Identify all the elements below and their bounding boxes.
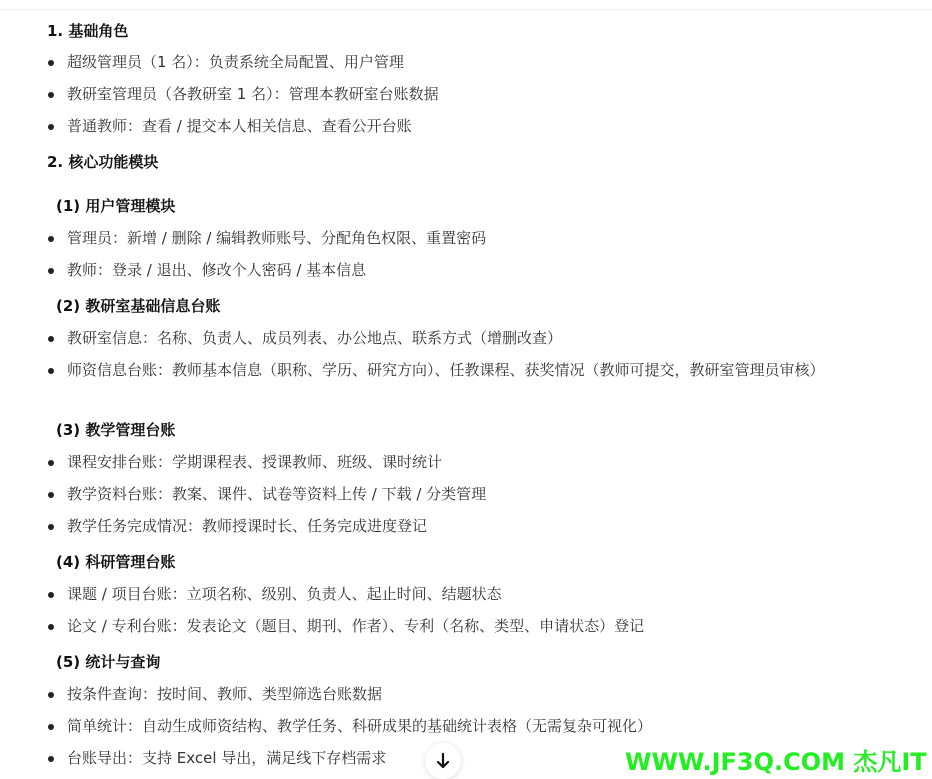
subsection-heading-stats-query: (5) 统计与查询 — [56, 652, 160, 672]
bullet-dot-icon — [48, 268, 54, 274]
bullet-dot-icon — [48, 524, 54, 530]
list-item: 简单统计：自动生成师资结构、教学任务、科研成果的基础统计表格（无需复杂可视化） — [48, 714, 868, 738]
watermark-text: WWW.JF3Q.COM 杰凡IT — [625, 742, 927, 777]
subsection-heading-user-management: (1) 用户管理模块 — [56, 196, 175, 216]
subsection-heading-office-info: (2) 教研室基础信息台账 — [56, 296, 220, 316]
bullet-dot-icon — [48, 336, 54, 342]
list-item: 教学任务完成情况：教师授课时长、任务完成进度登记 — [48, 514, 868, 538]
bullet-dot-icon — [48, 368, 54, 374]
list-item: 按条件查询：按时间、教师、类型筛选台账数据 — [48, 682, 868, 706]
bullet-dot-icon — [48, 592, 54, 598]
list-item: 论文 / 专利台账：发表论文（题目、期刊、作者）、专利（名称、类型、申请状态）登… — [48, 614, 868, 638]
document-content: 1. 基础角色 超级管理员（1 名）：负责系统全局配置、用户管理 教研室管理员（… — [0, 0, 932, 778]
list-item: 普通教师：查看 / 提交本人相关信息、查看公开台账 — [48, 114, 868, 138]
bullet-dot-icon — [48, 756, 54, 762]
subsection-heading-teaching-management: (3) 教学管理台账 — [56, 420, 175, 440]
bullet-dot-icon — [48, 60, 54, 66]
bullet-dot-icon — [48, 124, 54, 130]
section-heading-basic-roles: 1. 基础角色 — [47, 21, 128, 41]
scroll-to-bottom-button[interactable] — [425, 743, 461, 778]
arrow-down-icon — [436, 753, 450, 769]
list-item: 教学资料台账：教案、课件、试卷等资料上传 / 下载 / 分类管理 — [48, 482, 868, 506]
list-item: 课题 / 项目台账：立项名称、级别、负责人、起止时间、结题状态 — [48, 582, 868, 606]
list-item: 师资信息台账：教师基本信息（职称、学历、研究方向）、任教课程、获奖情况（教师可提… — [48, 358, 838, 382]
list-item: 管理员：新增 / 删除 / 编辑教师账号、分配角色权限、重置密码 — [48, 226, 868, 250]
section-heading-core-modules: 2. 核心功能模块 — [47, 152, 158, 172]
subsection-heading-research-management: (4) 科研管理台账 — [56, 552, 175, 572]
list-item: 超级管理员（1 名）：负责系统全局配置、用户管理 — [48, 50, 868, 74]
bullet-dot-icon — [48, 492, 54, 498]
list-item: 教研室管理员（各教研室 1 名）：管理本教研室台账数据 — [48, 82, 868, 106]
list-item: 教研室信息：名称、负责人、成员列表、办公地点、联系方式（增删改查） — [48, 326, 868, 350]
bullet-dot-icon — [48, 724, 54, 730]
bullet-dot-icon — [48, 692, 54, 698]
list-item: 课程安排台账：学期课程表、授课教师、班级、课时统计 — [48, 450, 868, 474]
list-item: 教师：登录 / 退出、修改个人密码 / 基本信息 — [48, 258, 868, 282]
bullet-dot-icon — [48, 92, 54, 98]
bullet-dot-icon — [48, 460, 54, 466]
bullet-dot-icon — [48, 236, 54, 242]
bullet-dot-icon — [48, 624, 54, 630]
